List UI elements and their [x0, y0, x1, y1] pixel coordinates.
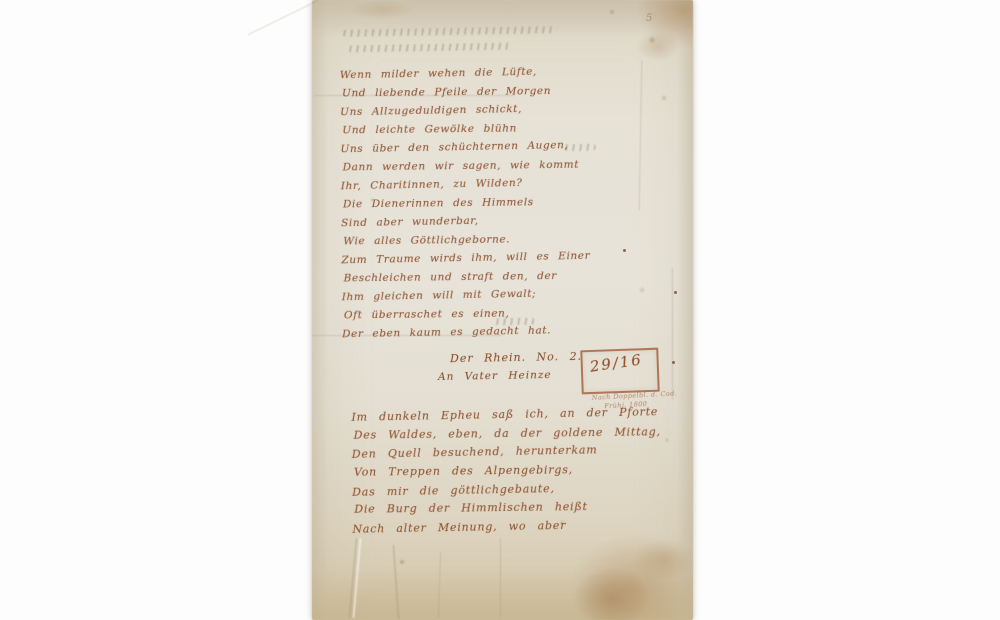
stanza-der-rhein: Im dunkeln Epheu saß ich, an der Pforte …: [351, 407, 659, 540]
archive-number-box: 29/16: [580, 348, 659, 395]
stanza-die-wanderung: Wenn milder wehen die Lüfte, Und liebend…: [340, 66, 591, 346]
crease-bottom-2: [392, 545, 399, 619]
photo-background: 5 Wenn milder wehen die Lüfte, Und liebe…: [0, 0, 1000, 620]
crease-bottom-1-highlight: [353, 538, 361, 618]
ink-dot: [623, 249, 626, 252]
page-number: 5: [646, 13, 652, 24]
archive-number: 29/16: [589, 351, 644, 376]
faint-pencil-inscription-line2: [348, 43, 513, 53]
poem-title: Der Rhein. No. 2.: [450, 350, 582, 365]
ink-dot: [672, 361, 675, 364]
faint-pencil-inscription-line1: [342, 26, 557, 37]
crease-bottom-1: [349, 538, 357, 618]
poem-dedication: An Vater Heinze: [438, 369, 552, 383]
manuscript-page: 5 Wenn milder wehen die Lüfte, Und liebe…: [312, 0, 693, 620]
crease-bottom-3: [438, 552, 441, 618]
verse-line: Der eben kaum es gedacht hat.: [342, 324, 591, 347]
crease-vertical-right-mid: [672, 268, 673, 400]
crease-bottom-4: [500, 538, 501, 618]
crease-vertical-right-upper: [639, 60, 643, 210]
verse-line: Nach alter Meinung, wo aber: [352, 517, 659, 541]
ink-dot: [674, 291, 677, 294]
crease-top-left: [248, 0, 319, 35]
